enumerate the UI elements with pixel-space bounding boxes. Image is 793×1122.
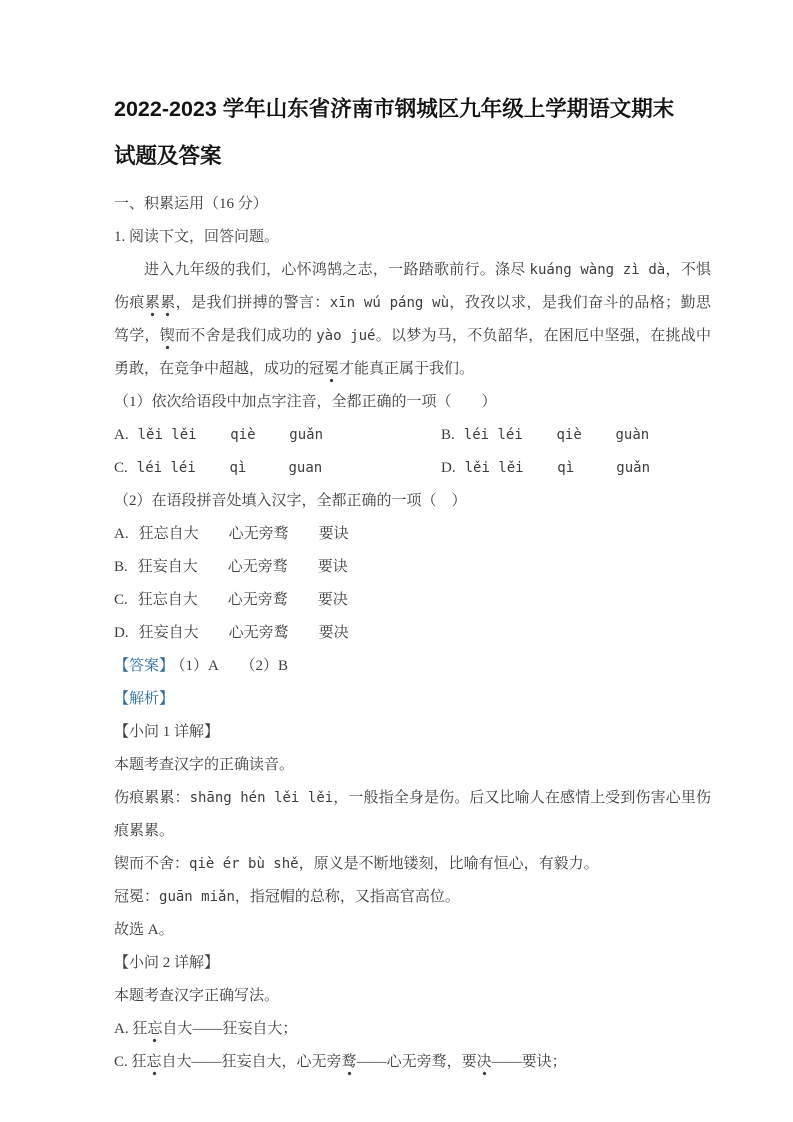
- text-segment: ——心无旁骛，要: [357, 1054, 477, 1070]
- text-segment: A. 狂: [114, 1021, 147, 1037]
- option-d-hanzi: D.狂妄自大 心无旁鹜 要决: [114, 617, 711, 650]
- question1-stem: 1. 阅读下文，回答问题。: [114, 221, 711, 254]
- option-label: B.: [441, 427, 455, 443]
- option-label: A.: [114, 526, 129, 542]
- document-title-line2: 试题及答案: [114, 133, 711, 180]
- pinyin-text: yào jué: [316, 328, 375, 344]
- sub-question1-prompt: （1）依次给语段中加点字注音，全都正确的一项（ ）: [114, 386, 711, 419]
- text-segment: 伤痕累累：: [114, 790, 190, 806]
- detail1-shanghen-line: 伤痕累累：shāng hén lěi lěi，一般指全身是伤。后又比喻人在感情上…: [114, 782, 711, 848]
- answer-label: 【答案】: [114, 658, 174, 674]
- detail2-heading: 【小问 2 详解】: [114, 947, 711, 980]
- option-text: 狂忘自大 心无旁鹜 要决: [138, 592, 348, 608]
- section-heading: 一、积累运用（16 分）: [114, 188, 711, 221]
- detail2-line-a: A. 狂忘自大——狂妄自大；: [114, 1013, 711, 1046]
- option-text: 狂忘自大 心无旁骛 要诀: [139, 526, 349, 542]
- text-segment: ，原义是不断地镂刻，比喻有恒心，有毅力。: [299, 856, 599, 872]
- sub-question1-options: A.lěi lěi qiè guǎn B.léi léi qiè guàn C.…: [114, 419, 711, 485]
- text-segment: 自大——狂妄自大，心无旁: [162, 1054, 342, 1070]
- emphasized-char: 决: [477, 1054, 492, 1076]
- text-segment: 锲而不舍：: [114, 856, 189, 872]
- detail1-conclusion: 故选 A。: [114, 914, 711, 947]
- text-segment: 才能真正属于我们。: [339, 361, 474, 377]
- option-label: A.: [114, 427, 129, 443]
- option-a-hanzi: A.狂忘自大 心无旁骛 要诀: [114, 518, 711, 551]
- option-pinyin-text: lěi lěi qì guǎn: [465, 460, 650, 476]
- text-segment: 进入九年级的我们，心怀鸿鹄之志，一路踏歌前行。涤尽: [144, 262, 530, 278]
- text-segment: 冠冕：: [114, 889, 159, 905]
- option-label: C.: [114, 460, 128, 476]
- detail2-intro: 本题考查汉字正确写法。: [114, 980, 711, 1013]
- option-label: B.: [114, 559, 128, 575]
- detail1-qie-line: 锲而不舍：qiè ér bù shě，原义是不断地镂刻，比喻有恒心，有毅力。: [114, 848, 711, 881]
- option-label: C.: [114, 592, 128, 608]
- detail1-heading: 【小问 1 详解】: [114, 716, 711, 749]
- option-pinyin-text: léi léi qiè guàn: [464, 427, 649, 443]
- option-label: D.: [114, 625, 129, 641]
- text-segment: ，指冠帽的总称，又指高官高位。: [235, 889, 460, 905]
- emphasized-char: 鹜: [342, 1054, 357, 1076]
- question1-passage: 进入九年级的我们，心怀鸿鹄之志，一路踏歌前行。涤尽 kuáng wàng zì …: [114, 254, 711, 386]
- detail1-intro: 本题考查汉字的正确读音。: [114, 749, 711, 782]
- analysis-label: 【解析】: [114, 683, 711, 716]
- text-segment: 而不舍是我们成功的: [175, 328, 316, 344]
- option-b-hanzi: B.狂妄自大 心无旁骛 要诀: [114, 551, 711, 584]
- text-segment: C. 狂: [114, 1054, 147, 1070]
- pinyin-text: guān miǎn: [159, 889, 235, 905]
- emphasized-char: 锲: [160, 328, 175, 350]
- option-text: 狂妄自大 心无旁鹜 要决: [139, 625, 349, 641]
- pinyin-text: xīn wú páng wù: [330, 295, 449, 311]
- answer-text: （1）A （2）B: [178, 658, 288, 674]
- document-title: 2022-2023 学年山东省济南市钢城区九年级上学期语文期末 试题及答案: [114, 86, 711, 180]
- option-c-hanzi: C.狂忘自大 心无旁鹜 要决: [114, 584, 711, 617]
- option-b-pinyin: B.léi léi qiè guàn: [441, 419, 711, 452]
- option-text: 狂妄自大 心无旁骛 要诀: [138, 559, 348, 575]
- detail1-guanmian-line: 冠冕：guān miǎn，指冠帽的总称，又指高官高位。: [114, 881, 711, 914]
- pinyin-text: kuáng wàng zì dà: [530, 262, 666, 278]
- option-pinyin-text: léi léi qì guan: [137, 460, 322, 476]
- detail2-line-c: C. 狂忘自大——狂妄自大，心无旁鹜——心无旁骛，要决——要诀；: [114, 1046, 711, 1079]
- answer-row: 【答案】（1）A （2）B: [114, 650, 711, 683]
- option-d-pinyin: D.lěi lěi qì guǎn: [441, 452, 711, 485]
- option-c-pinyin: C.léi léi qì guan: [114, 452, 441, 485]
- option-pinyin-text: lěi lěi qiè guǎn: [138, 427, 323, 443]
- emphasized-char: 冕: [324, 361, 339, 383]
- text-segment: ——要诀；: [492, 1054, 567, 1070]
- emphasized-char: 忘: [147, 1021, 162, 1043]
- pinyin-text: qiè ér bù shě: [189, 856, 299, 872]
- text-segment: 自大——狂妄自大；: [162, 1021, 297, 1037]
- emphasized-char: 忘: [147, 1054, 162, 1076]
- exam-document-page: 2022-2023 学年山东省济南市钢城区九年级上学期语文期末 试题及答案 一、…: [0, 0, 793, 1122]
- sub-question2-options: A.狂忘自大 心无旁骛 要诀 B.狂妄自大 心无旁骛 要诀 C.狂忘自大 心无旁…: [114, 518, 711, 650]
- pinyin-text: shāng hén lěi lěi: [190, 790, 334, 806]
- sub-question2-prompt: （2）在语段拼音处填入汉字，全都正确的一项（ ）: [114, 485, 711, 518]
- text-segment: ，是我们拼搏的警言：: [176, 295, 330, 311]
- option-a-pinyin: A.lěi lěi qiè guǎn: [114, 419, 441, 452]
- document-title-line1: 2022-2023 学年山东省济南市钢城区九年级上学期语文期末: [114, 86, 711, 133]
- emphasized-char: 累累: [145, 295, 176, 317]
- option-label: D.: [441, 460, 456, 476]
